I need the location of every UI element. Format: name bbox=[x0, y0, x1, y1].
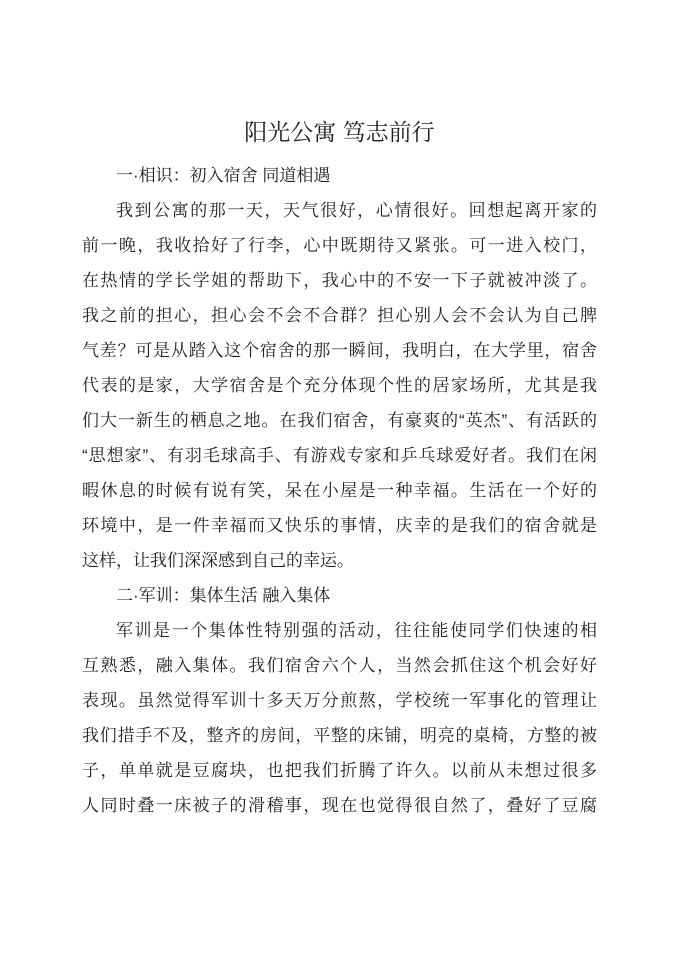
text-line: 代表的是家，大学宿舍是个充分体现个性的居家场所，尤其是我 bbox=[82, 368, 597, 403]
text-line: 我们措手不及，整齐的房间，平整的床铺，明亮的桌椅，方整的被 bbox=[82, 718, 597, 753]
text-line: 军训是一个集体性特别强的活动，往往能使同学们快速的相 bbox=[82, 613, 597, 648]
text-line: “思想家”、有羽毛球高手、有游戏专家和乒乓球爱好者。我们在闲 bbox=[82, 438, 597, 473]
text-line: 子，单单就是豆腐块，也把我们折腾了许久。以前从未想过很多 bbox=[82, 753, 597, 788]
text-line: 表现。虽然觉得军训十多天万分煎熬，学校统一军事化的管理让 bbox=[82, 683, 597, 718]
text-line: 暇休息的时候有说有笑，呆在小屋是一种幸福。生活在一个好的 bbox=[82, 473, 597, 508]
text-line: 我之前的担心，担心会不会不合群？担心别人会不会认为自己脾 bbox=[82, 298, 597, 333]
section-heading: 二·军训：集体生活 融入集体 bbox=[82, 578, 597, 613]
text-line: 们大一新生的栖息之地。在我们宿舍，有豪爽的“英杰”、有活跃的 bbox=[82, 403, 597, 438]
section-heading: 一·相识：初入宿舍 同道相遇 bbox=[82, 158, 597, 193]
document-body: 一·相识：初入宿舍 同道相遇我到公寓的那一天，天气很好，心情很好。回想起离开家的… bbox=[82, 158, 597, 823]
text-line: 前一晚，我收拾好了行李，心中既期待又紧张。可一进入校门， bbox=[82, 228, 597, 263]
document-page: 阳光公寓 笃志前行 一·相识：初入宿舍 同道相遇我到公寓的那一天，天气很好，心情… bbox=[0, 0, 679, 960]
text-line: 我到公寓的那一天，天气很好，心情很好。回想起离开家的 bbox=[82, 193, 597, 228]
text-line: 环境中，是一件幸福而又快乐的事情，庆幸的是我们的宿舍就是 bbox=[82, 508, 597, 543]
text-line: 气差？可是从踏入这个宿舍的那一瞬间，我明白，在大学里，宿舍 bbox=[82, 333, 597, 368]
text-line: 人同时叠一床被子的滑稽事，现在也觉得很自然了，叠好了豆腐 bbox=[82, 788, 597, 823]
text-line: 这样，让我们深深感到自己的幸运。 bbox=[82, 543, 597, 578]
text-line: 互熟悉，融入集体。我们宿舍六个人，当然会抓住这个机会好好 bbox=[82, 648, 597, 683]
text-line: 在热情的学长学姐的帮助下，我心中的不安一下子就被冲淡了。 bbox=[82, 263, 597, 298]
document-title: 阳光公寓 笃志前行 bbox=[82, 112, 597, 152]
